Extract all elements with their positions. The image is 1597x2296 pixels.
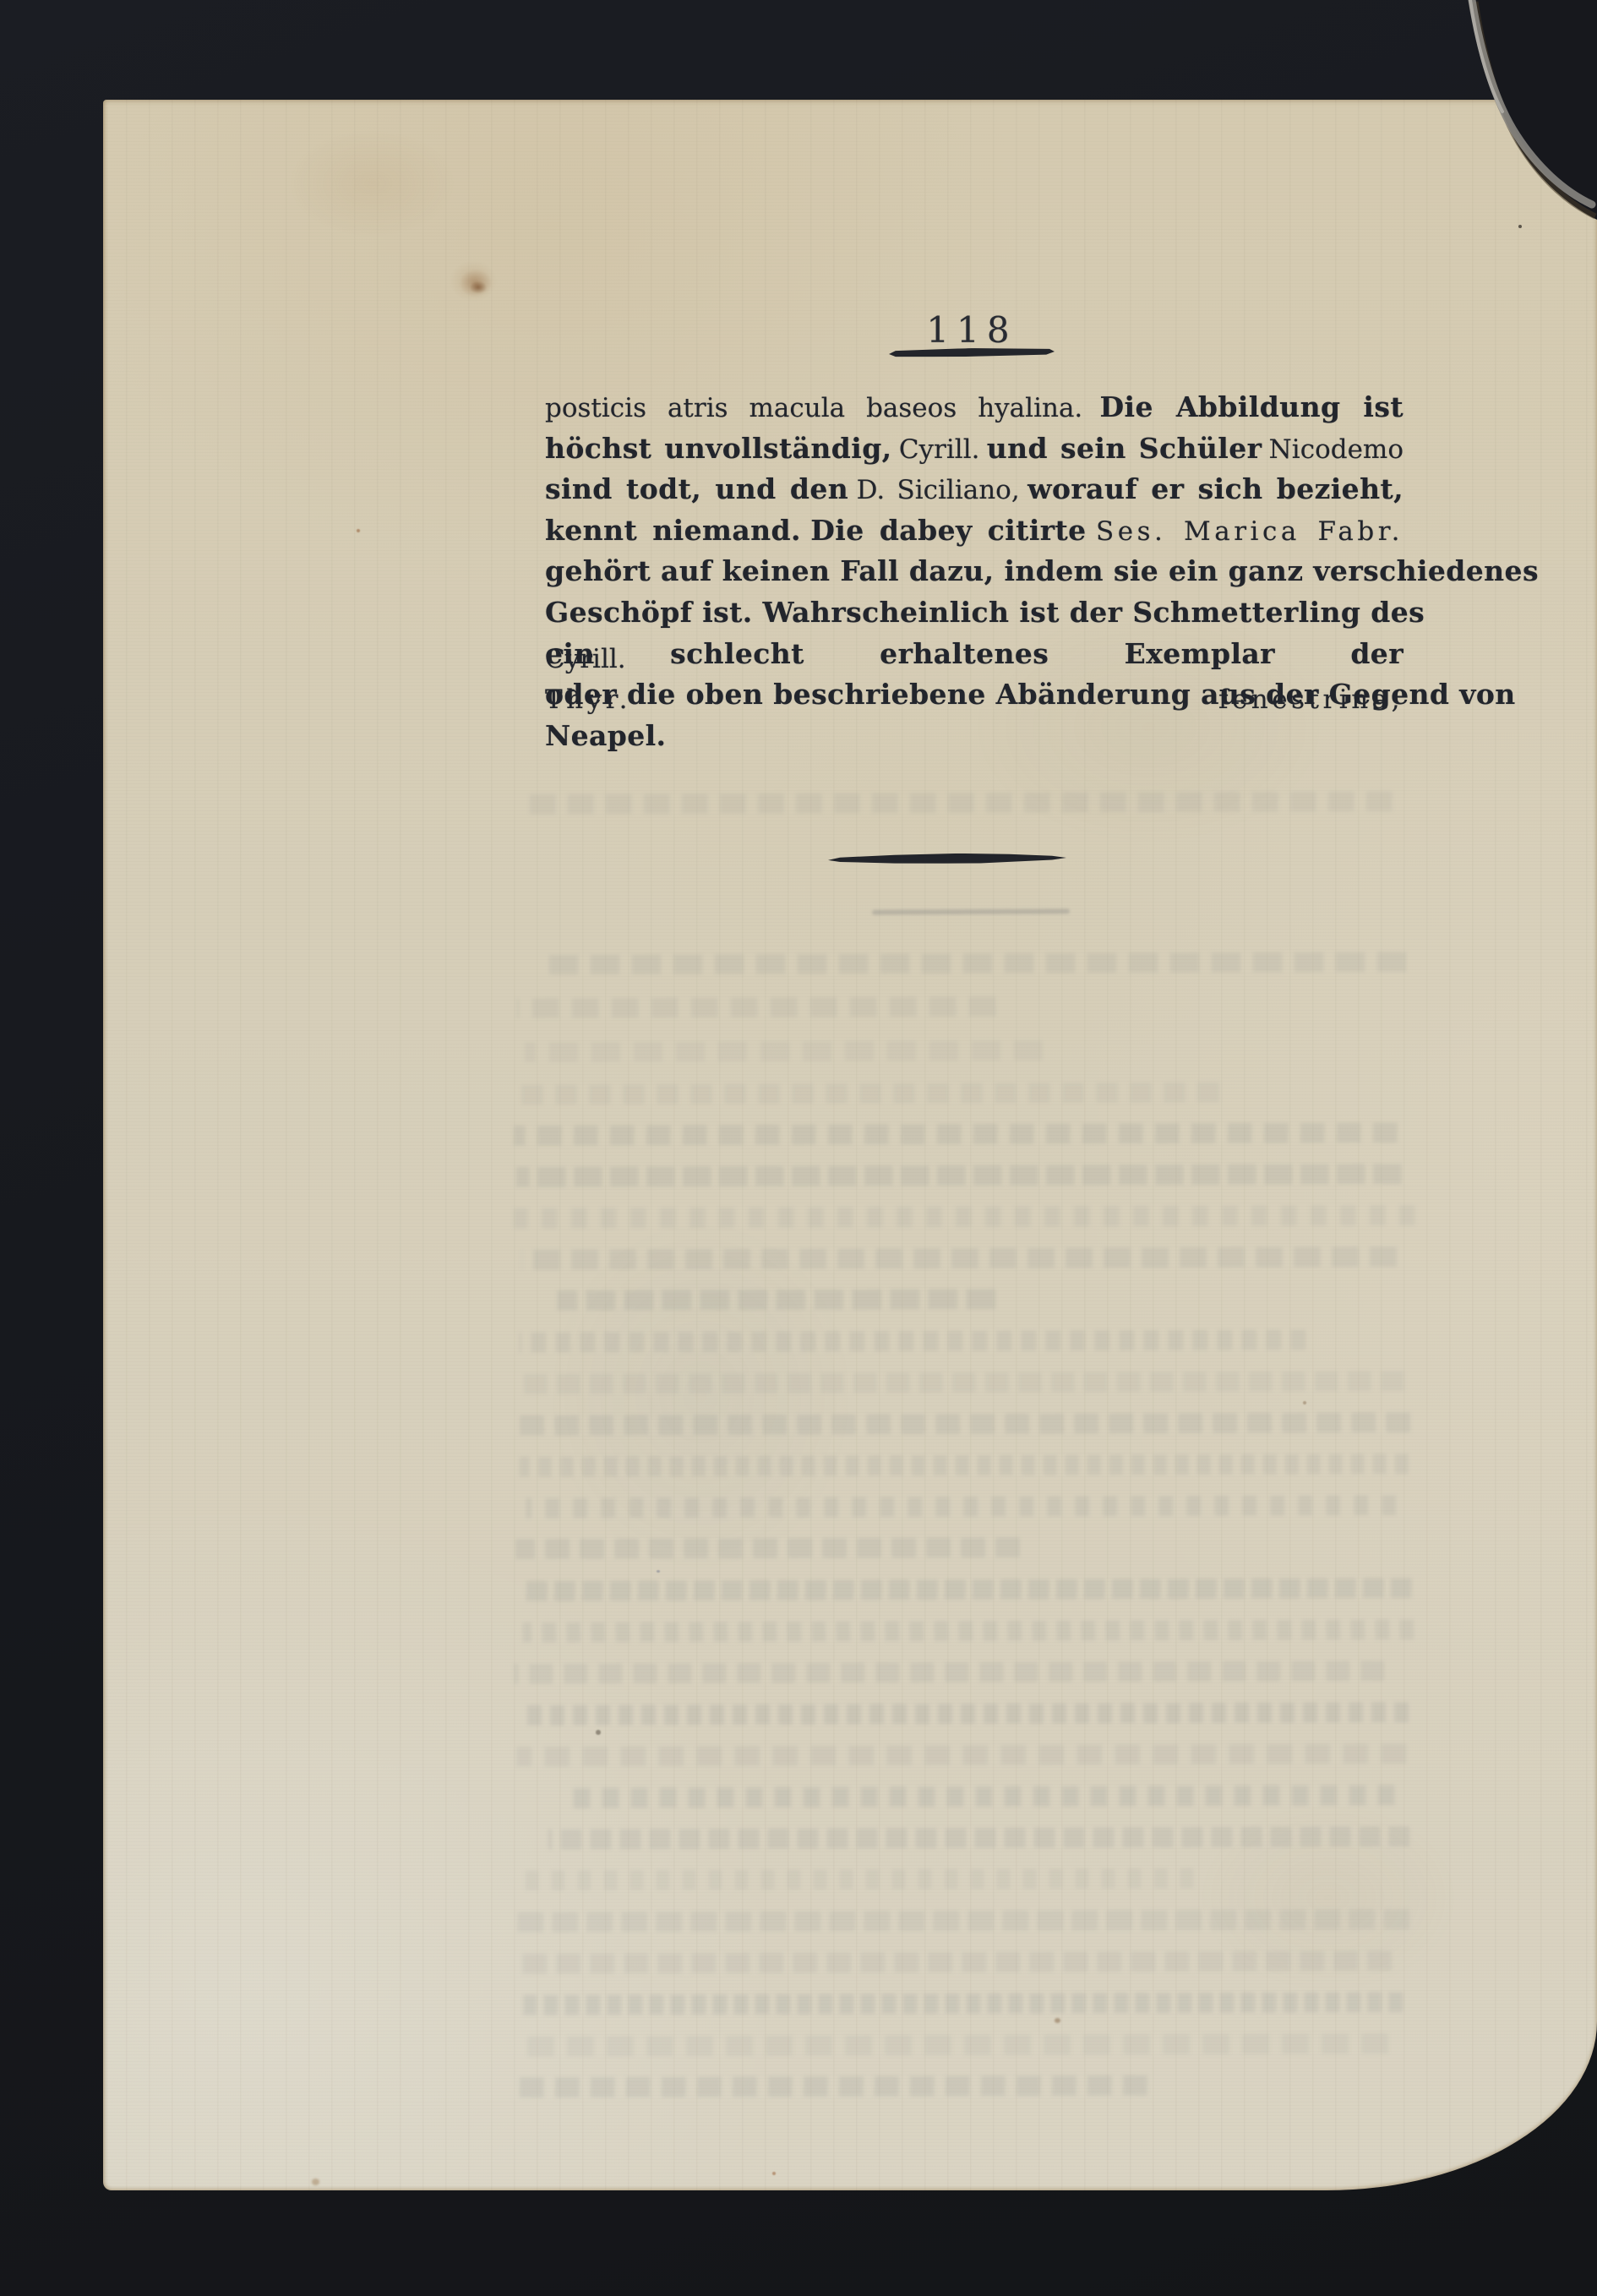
paper-speck xyxy=(312,2179,319,2185)
text-segment-antiqua: D. Siciliano, xyxy=(857,475,1020,505)
text-segment-fraktur: gehört auf keinen Fall dazu, indem sie e… xyxy=(545,554,1539,587)
text-line: posticis atris macula baseos hyalina. Di… xyxy=(545,387,1404,428)
text-line: kennt niemand. Die dabey citirte Ses. Ma… xyxy=(545,510,1404,552)
text-segment-fraktur: Neapel. xyxy=(545,719,666,752)
paper-speck xyxy=(657,1570,660,1573)
verso-rule-ghost xyxy=(872,908,1070,914)
text-line: Neapel. xyxy=(545,716,1404,757)
text-segment-fraktur: Die dabey citirte xyxy=(810,514,1086,547)
text-segment-antiqua: Nicodemo xyxy=(1269,434,1404,465)
text-segment-antiqua: Cyrill. xyxy=(899,434,980,465)
text-line: sind todt, und den D. Siciliano, worauf … xyxy=(545,469,1404,510)
text-segment-fraktur: oder die oben beschriebene Abänderung au… xyxy=(545,678,1516,711)
text-segment-fraktur: Geschöpf ist. Wahrscheinlich ist der Sch… xyxy=(545,596,1425,629)
text-segment-fraktur: höchst unvollständig, xyxy=(545,432,892,465)
paper-speck xyxy=(1055,2018,1060,2023)
text-segment-fraktur: worauf er sich bezieht, xyxy=(1027,472,1404,505)
ink-stain xyxy=(451,262,500,304)
paper-speck xyxy=(772,2172,776,2175)
text-segment-fraktur: sind todt, und den xyxy=(545,472,848,505)
text-segment-fraktur: ein schlecht erhaltenes Exemplar der xyxy=(545,637,1404,670)
scanned-book-photo: 118 posticis atris macula baseos hyalina… xyxy=(0,0,1597,2296)
paper-speck xyxy=(357,529,360,532)
text-segment-antiqua: posticis atris macula baseos hyalina. xyxy=(545,393,1082,423)
text-line: ein schlecht erhaltenes Exemplar der Thy… xyxy=(545,634,1404,675)
text-segment-fraktur: Die Abbildung ist xyxy=(1100,390,1404,423)
text-line: gehört auf keinen Fall dazu, indem sie e… xyxy=(545,551,1404,592)
paragraph: posticis atris macula baseos hyalina. Di… xyxy=(545,387,1404,756)
text-line: Geschöpf ist. Wahrscheinlich ist der Sch… xyxy=(545,592,1404,634)
text-line: höchst unvollständig, Cyrill. und sein S… xyxy=(545,428,1404,470)
text-line: oder die oben beschriebene Abänderung au… xyxy=(545,674,1404,716)
text-segment-fraktur: kennt niemand. xyxy=(545,514,801,547)
page-number: 118 xyxy=(887,309,1056,351)
paper-speck xyxy=(1303,1401,1306,1404)
text-segment-antiqua-spaced: Ses. Marica Fabr. xyxy=(1096,516,1404,547)
paper-speck xyxy=(596,1730,601,1735)
text-segment-fraktur: und sein Schüler xyxy=(987,432,1262,465)
paper-speck xyxy=(1518,225,1522,228)
